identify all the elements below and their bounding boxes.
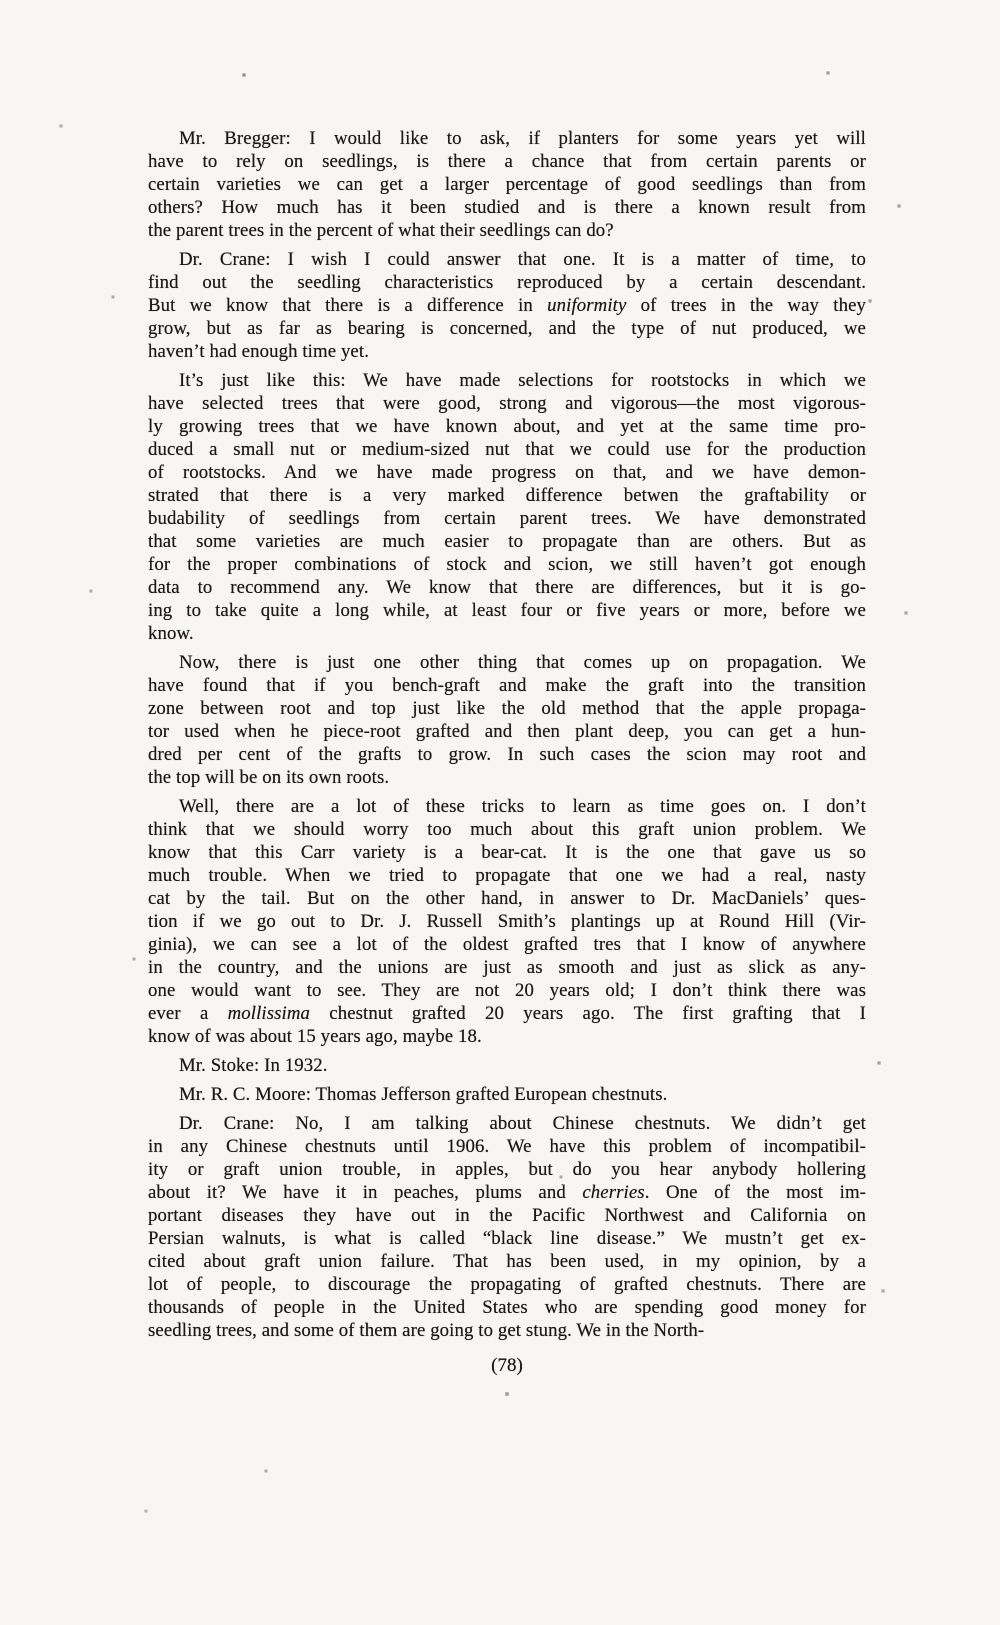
text-segment: know. [148,623,194,644]
paragraph: Dr. Crane: No, I am talking about Chines… [148,1112,866,1342]
text-segment: others? How much has it been studied and… [148,197,866,218]
text-segment: dred per cent of the grafts to grow. In … [148,744,866,765]
text-segment: cat by the tail. But on the other hand, … [148,888,866,909]
text-segment: budability of seedlings from certain par… [148,508,866,529]
text-segment: the top will be on its own roots. [148,767,389,788]
text-segment: know that this Carr variety is a bear-ca… [148,842,866,863]
text-segment: strated that there is a very marked diff… [148,485,866,506]
text-line: that some varieties are much easier to p… [148,530,866,553]
text-segment: know of was about 15 years ago, maybe 18… [148,1026,482,1047]
text-segment: cited about graft union failure. That ha… [148,1251,866,1272]
text-segment: seedling trees, and some of them are goi… [148,1320,704,1341]
text-line: have found that if you bench-graft and m… [148,674,866,697]
text-segment: Mr. Bregger: I would like to ask, if pla… [179,128,866,149]
text-line: cited about graft union failure. That ha… [148,1250,866,1273]
text-line: know. [148,622,866,645]
text-line: Mr. R. C. Moore: Thomas Jefferson grafte… [148,1083,866,1106]
text-segment: thousands of people in the United States… [148,1297,866,1318]
paragraph: Mr. Stoke: In 1932. [148,1054,866,1077]
text-line: the parent trees in the percent of what … [148,219,866,242]
text-line: duced a small nut or medium-sized nut th… [148,438,866,461]
text-segment: Dr. Crane: I wish I could answer that on… [179,249,866,270]
text-segment: zone between root and top just like the … [148,698,866,719]
text-line: Persian walnuts, is what is called “blac… [148,1227,866,1250]
text-line: certain varieties we can get a larger pe… [148,173,866,196]
text-line: ing to take quite a long while, at least… [148,599,866,622]
text-line: strated that there is a very marked diff… [148,484,866,507]
text-segment: the parent trees in the percent of what … [148,220,614,241]
text-line: portant diseases they have out in the Pa… [148,1204,866,1227]
text-segment: portant diseases they have out in the Pa… [148,1205,866,1226]
text-line: cat by the tail. But on the other hand, … [148,887,866,910]
text-segment: grow, but as far as bearing is concerned… [148,318,866,339]
text-segment: that some varieties are much easier to p… [148,531,866,552]
text-line: know that this Carr variety is a bear-ca… [148,841,866,864]
text-line: in any Chinese chestnuts until 1906. We … [148,1135,866,1158]
paragraph: Mr. R. C. Moore: Thomas Jefferson grafte… [148,1083,866,1106]
text-segment: ly growing trees that we have known abou… [148,416,866,437]
text-line: for the proper combinations of stock and… [148,553,866,576]
text-line: in the country, and the unions are just … [148,956,866,979]
text-line: have to rely on seedlings, is there a ch… [148,150,866,173]
text-line: think that we should worry too much abou… [148,818,866,841]
scan-speck-noise [0,0,2,2]
text-segment: Dr. Crane: No, I am talking about Chines… [179,1113,866,1134]
text-line: one would want to see. They are not 20 y… [148,979,866,1002]
text-line: ever a mollissima chestnut grafted 20 ye… [148,1002,866,1025]
text-segment: tion if we go out to Dr. J. Russell Smit… [148,911,866,932]
text-segment: in any Chinese chestnuts until 1906. We … [148,1136,866,1157]
text-line: lot of people, to discourage the propaga… [148,1273,866,1296]
page-number: (78) [148,1355,866,1377]
text-line: grow, but as far as bearing is concerned… [148,317,866,340]
text-segment: about it? We have it in peaches, plums a… [148,1182,582,1203]
text-line: tor used when he piece-root grafted and … [148,720,866,743]
italic-text: cherries [582,1182,644,1203]
text-segment: ity or graft union trouble, in apples, b… [148,1159,866,1180]
text-segment: Now, there is just one other thing that … [179,652,866,673]
text-line: know of was about 15 years ago, maybe 18… [148,1025,866,1048]
text-line: But we know that there is a difference i… [148,294,866,317]
text-line: budability of seedlings from certain par… [148,507,866,530]
text-segment: Well, there are a lot of these tricks to… [179,796,866,817]
italic-text: mollissima [228,1003,310,1024]
text-line: tion if we go out to Dr. J. Russell Smit… [148,910,866,933]
text-segment: certain varieties we can get a larger pe… [148,174,866,195]
paragraph: Mr. Bregger: I would like to ask, if pla… [148,127,866,242]
text-segment: lot of people, to discourage the propaga… [148,1274,866,1295]
text-segment: Mr. Stoke: In 1932. [179,1055,328,1076]
scanned-document-page: Mr. Bregger: I would like to ask, if pla… [0,0,1000,1625]
text-line: Now, there is just one other thing that … [148,651,866,674]
text-line: have selected trees that were good, stro… [148,392,866,415]
text-segment: But we know that there is a difference i… [148,295,547,316]
text-line: seedling trees, and some of them are goi… [148,1319,866,1342]
paragraph: Well, there are a lot of these tricks to… [148,795,866,1048]
text-segment: of trees in the way they [626,295,866,316]
text-line: Dr. Crane: No, I am talking about Chines… [148,1112,866,1135]
text-segment: one would want to see. They are not 20 y… [148,980,866,1001]
text-segment: of rootstocks. And we have made progress… [148,462,866,483]
text-segment: Persian walnuts, is what is called “blac… [148,1228,866,1249]
page-text-block: Mr. Bregger: I would like to ask, if pla… [148,127,866,1342]
paragraph: It’s just like this: We have made select… [148,369,866,645]
text-segment: have to rely on seedlings, is there a ch… [148,151,866,172]
text-segment: think that we should worry too much abou… [148,819,866,840]
paragraph: Now, there is just one other thing that … [148,651,866,789]
text-segment: ever a [148,1003,228,1024]
text-line: others? How much has it been studied and… [148,196,866,219]
text-segment: have found that if you bench-graft and m… [148,675,866,696]
text-segment: in the country, and the unions are just … [148,957,866,978]
text-line: dred per cent of the grafts to grow. In … [148,743,866,766]
text-segment: ing to take quite a long while, at least… [148,600,866,621]
paragraph: Dr. Crane: I wish I could answer that on… [148,248,866,363]
text-line: ity or graft union trouble, in apples, b… [148,1158,866,1181]
text-line: Mr. Bregger: I would like to ask, if pla… [148,127,866,150]
text-line: of rootstocks. And we have made progress… [148,461,866,484]
text-line: ginia), we can see a lot of the oldest g… [148,933,866,956]
text-line: Mr. Stoke: In 1932. [148,1054,866,1077]
text-line: It’s just like this: We have made select… [148,369,866,392]
text-segment: much trouble. When we tried to propagate… [148,865,866,886]
text-segment: haven’t had enough time yet. [148,341,369,362]
text-segment: ginia), we can see a lot of the oldest g… [148,934,866,955]
text-segment: duced a small nut or medium-sized nut th… [148,439,866,460]
text-segment: Mr. R. C. Moore: Thomas Jefferson grafte… [179,1084,667,1105]
text-line: the top will be on its own roots. [148,766,866,789]
text-line: ly growing trees that we have known abou… [148,415,866,438]
text-segment: tor used when he piece-root grafted and … [148,721,866,742]
text-segment: It’s just like this: We have made select… [179,370,866,391]
text-segment: have selected trees that were good, stro… [148,393,866,414]
text-line: find out the seedling characteristics re… [148,271,866,294]
text-line: much trouble. When we tried to propagate… [148,864,866,887]
text-segment: data to recommend any. We know that ther… [148,577,866,598]
text-line: haven’t had enough time yet. [148,340,866,363]
text-line: about it? We have it in peaches, plums a… [148,1181,866,1204]
text-line: Dr. Crane: I wish I could answer that on… [148,248,866,271]
text-line: Well, there are a lot of these tricks to… [148,795,866,818]
text-segment: find out the seedling characteristics re… [148,272,866,293]
text-segment: chestnut grafted 20 years ago. The first… [310,1003,866,1024]
text-line: data to recommend any. We know that ther… [148,576,866,599]
text-segment: for the proper combinations of stock and… [148,554,866,575]
text-line: zone between root and top just like the … [148,697,866,720]
italic-text: uniformity [547,295,626,316]
text-segment: . One of the most im- [645,1182,866,1203]
text-line: thousands of people in the United States… [148,1296,866,1319]
